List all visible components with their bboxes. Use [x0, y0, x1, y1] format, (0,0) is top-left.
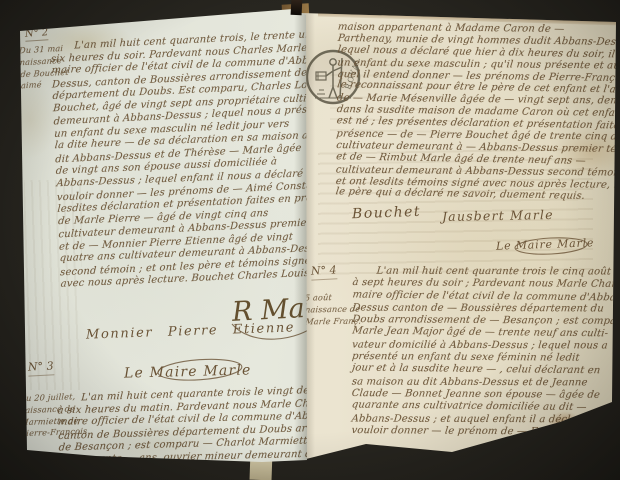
margin-act-number: N° 3 [28, 359, 54, 376]
act-4-text: L'an mil huit cent quarante trois le cin… [351, 265, 620, 439]
bookmark-ribbon [291, 0, 303, 15]
corner-annotation: Quinau [541, 7, 575, 20]
margin-act-number: N° 2 [25, 27, 49, 42]
signature-witness: Jausbert Marle [442, 207, 554, 224]
register-scan: ROYAL Quinau maison appartenant à Madame… [0, 0, 620, 480]
signature-bouchet: Bouchet [352, 204, 422, 222]
act-continuation-text: maison appartenant à Madame Caron de —Pa… [336, 21, 620, 204]
handwritten-line: vouloir donner — le prénom de — François [351, 425, 620, 439]
page-edge-shadow [294, 9, 308, 461]
signature-flourish [505, 232, 596, 261]
signature-flourish [137, 352, 254, 390]
